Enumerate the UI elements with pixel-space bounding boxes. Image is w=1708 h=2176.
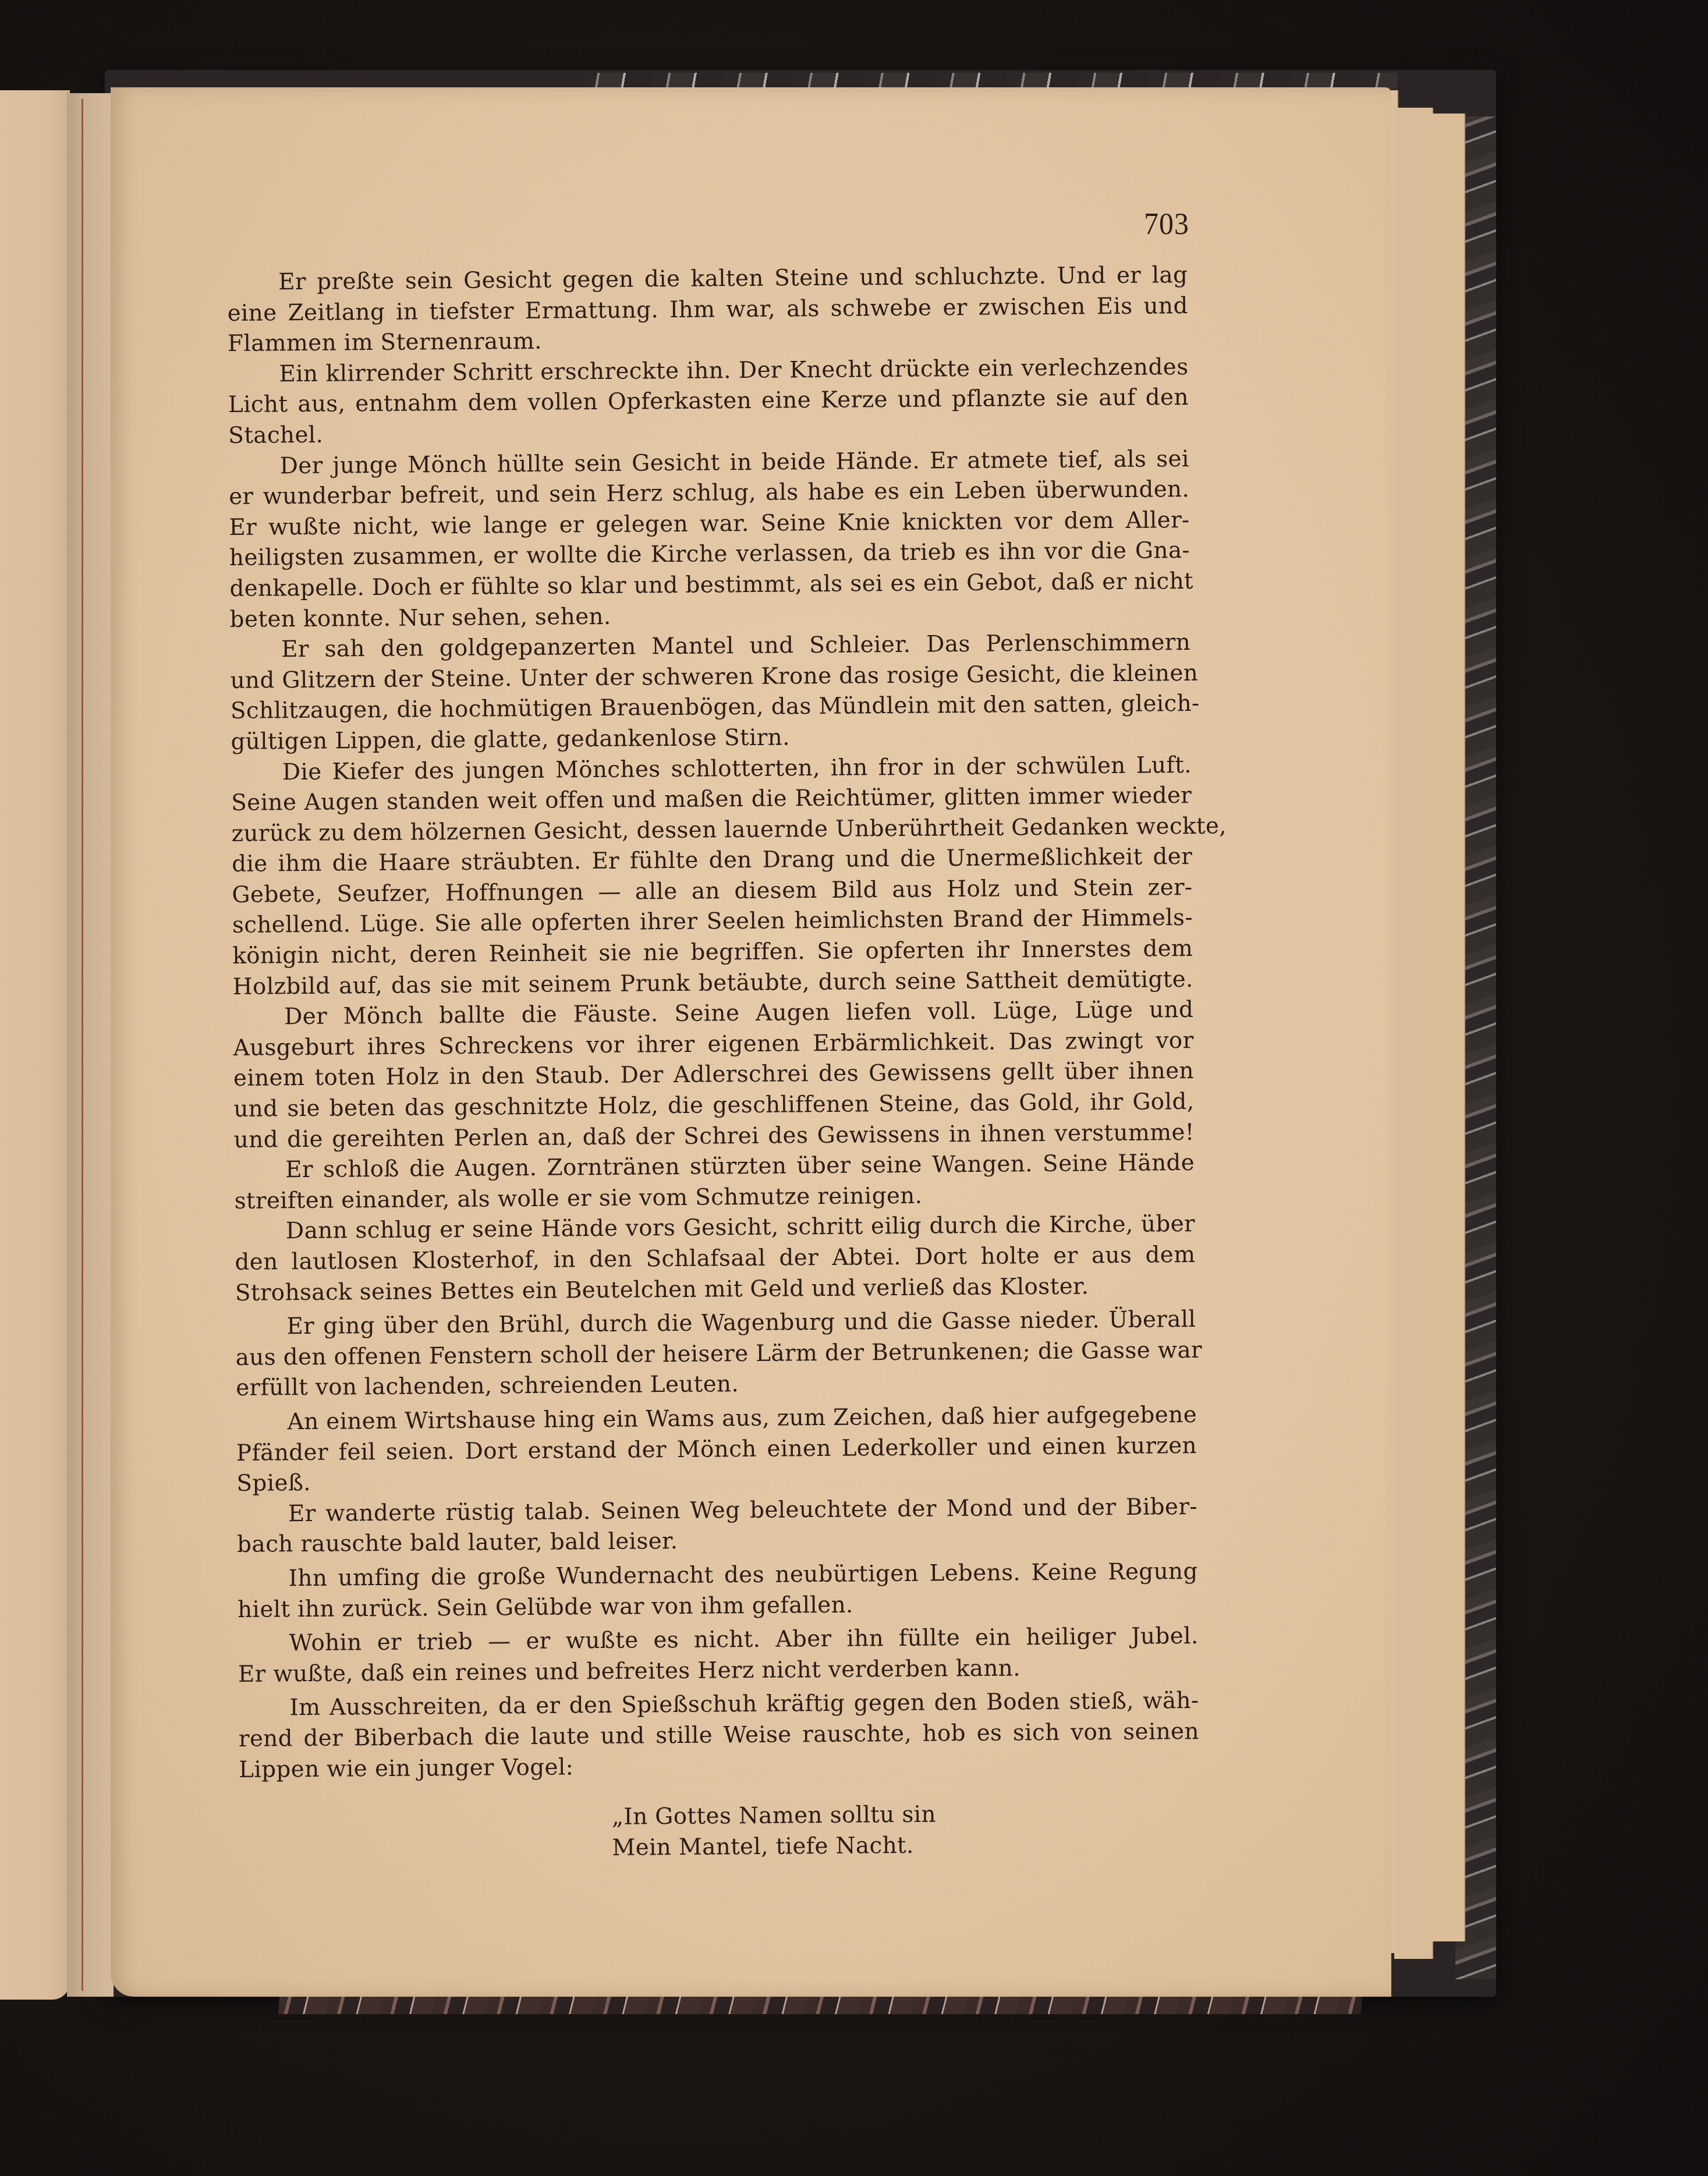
paragraph: Im Ausschreiten, da er den Spießschuh kr… <box>238 1686 1199 1785</box>
paragraph: An einem Wirtshause hing ein Wams aus, z… <box>236 1400 1197 1500</box>
page-stack-edge <box>1394 108 1433 1959</box>
paragraph: Er preßte sein Gesicht gegen die kalten … <box>227 260 1188 360</box>
body-text: Er preßte sein Gesicht gegen die kalten … <box>227 260 1200 1866</box>
marbled-cover-edge-top <box>582 73 1397 89</box>
paragraph: Der Mönch ballte die Fäuste. Seine Augen… <box>233 995 1195 1156</box>
paragraph: Dann schlug er seine Hände vors Gesicht,… <box>235 1209 1196 1309</box>
book-gutter <box>67 93 114 1997</box>
left-page-sliver <box>0 90 70 2000</box>
binding-thread <box>81 99 83 1991</box>
paragraph: Die Kiefer des jungen Mönches schlottert… <box>231 750 1193 1003</box>
paragraph: Er ging über den Brühl, durch die Wagenb… <box>235 1305 1196 1404</box>
paragraph: Ein klirrender Schritt erschreckte ihn. … <box>228 352 1189 452</box>
page-stack-edge <box>1429 114 1465 1941</box>
paragraph: Wohin er trieb — er wußte es nicht. Aber… <box>238 1621 1199 1690</box>
verse-line: Mein Mantel, tiefe Nacht. <box>612 1828 1200 1864</box>
right-page: 703 Er preßte sein Gesicht gegen die kal… <box>111 87 1391 1997</box>
paragraph: Er sah den goldgepanzerten Mantel und Sc… <box>230 628 1192 757</box>
page-number: 703 <box>1144 206 1189 242</box>
paragraph: Der junge Mönch hüllte sein Gesicht in b… <box>228 444 1190 636</box>
book-scan: 703 Er preßte sein Gesicht gegen die kal… <box>0 0 1708 2176</box>
verse-quote: „In Gottes Namen solltu sin Mein Mantel,… <box>239 1798 1200 1866</box>
verse-line: „In Gottes Namen solltu sin <box>612 1798 1200 1833</box>
paragraph: Er wanderte rüstig talab. Seinen Weg bel… <box>237 1492 1198 1561</box>
paragraph: Er schloß die Augen. Zorntränen stürzten… <box>234 1148 1195 1217</box>
paragraph: Ihn umfing die große Wundernacht des neu… <box>237 1557 1198 1625</box>
